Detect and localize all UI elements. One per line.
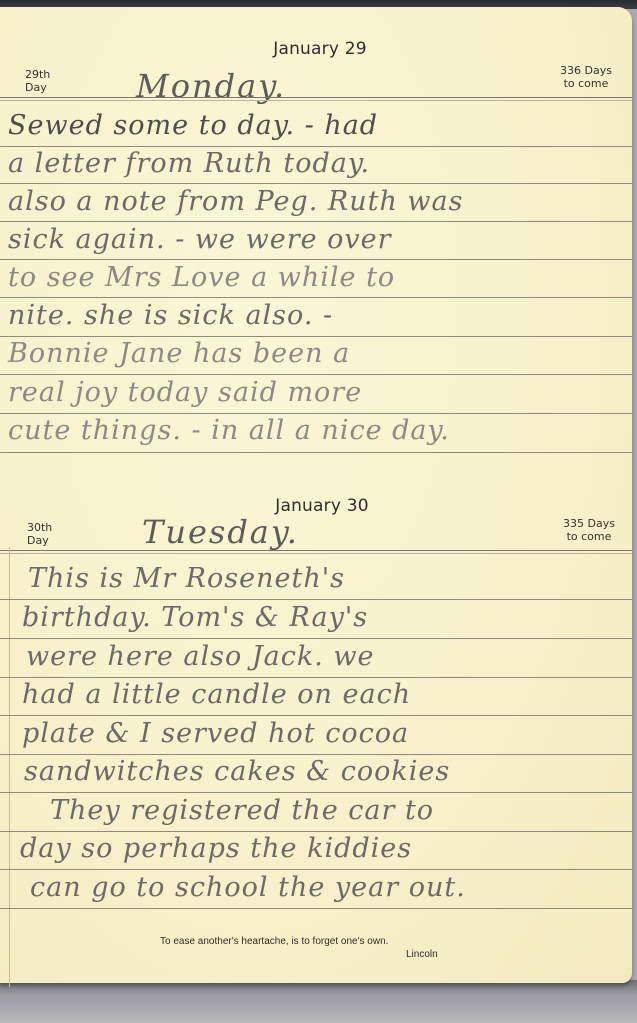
footer-quote-author: Lincoln — [406, 949, 438, 960]
entry-1-line-9: cute things. - in all a nice day. — [8, 415, 450, 446]
entry-1-days-remaining: 336 Days to come — [560, 64, 612, 90]
entry-2-days-remaining: 335 Days to come — [563, 517, 615, 543]
diary-page: January 29 29th Day 336 Days to come Mon… — [0, 7, 632, 983]
entry-1-line-4: sick again. - we were over — [8, 224, 392, 255]
entry-1-line-3: also a note from Peg. Ruth was — [8, 186, 464, 217]
entry-1-line-2: a letter from Ruth today. — [8, 148, 370, 179]
days-remaining-number: 336 Days — [560, 64, 612, 77]
entry-1-line-5: to see Mrs Love a while to — [8, 262, 395, 293]
ruled-line — [0, 221, 632, 222]
entry-1-date: January 29 — [220, 39, 420, 59]
days-remaining-suffix: to come — [560, 77, 612, 90]
ruled-line — [0, 146, 632, 147]
entry-2-line-6: sandwitches cakes & cookies — [24, 756, 450, 787]
entry-1-line-7: Bonnie Jane has been a — [8, 338, 350, 369]
days-remaining-suffix: to come — [563, 530, 615, 543]
page-margin-line — [9, 547, 10, 987]
entry-2-line-2: birthday. Tom's & Ray's — [22, 602, 368, 633]
ruled-line — [0, 831, 632, 832]
day-of-year-number: 30th — [27, 521, 52, 534]
entry-1-line-6: nite. she is sick also. - — [8, 300, 333, 331]
footer-quote: To ease another's heartache, is to forge… — [160, 936, 388, 947]
ruled-line — [0, 869, 632, 870]
ruled-line — [0, 638, 632, 639]
day-of-year-suffix: Day — [25, 81, 50, 94]
entry-2-day-of-year: 30th Day — [27, 521, 52, 547]
entry-2-header-rule-2 — [0, 553, 632, 554]
day-of-year-number: 29th — [25, 68, 50, 81]
entry-2-line-5: plate & I served hot cocoa — [22, 718, 409, 749]
entry-2-line-8: day so perhaps the kiddies — [20, 833, 412, 864]
ruled-line — [0, 259, 632, 260]
entry-1-day-of-year: 29th Day — [25, 68, 50, 94]
ruled-line — [0, 413, 632, 414]
ruled-line — [0, 297, 632, 298]
entry-1-header-rule-2 — [0, 100, 632, 101]
ruled-line — [0, 599, 632, 600]
entry-1-header-rule — [0, 97, 632, 98]
entry-2-line-7: They registered the car to — [50, 795, 434, 826]
entry-1-line-8: real joy today said more — [8, 377, 362, 408]
ruled-line — [0, 754, 632, 755]
entry-2-line-1: This is Mr Roseneth's — [28, 563, 345, 594]
ruled-line — [0, 715, 632, 716]
entry-1-line-1: Sewed some to day. - had — [8, 110, 378, 141]
ruled-line — [0, 374, 632, 375]
entry-2-weekday: Tuesday. — [142, 513, 299, 551]
entry-2-line-3: were here also Jack. we — [26, 641, 374, 672]
entry-2-line-4: had a little candle on each — [22, 679, 411, 710]
entry-2-line-9: can go to school the year out. — [30, 872, 466, 903]
ruled-line — [0, 908, 632, 909]
days-remaining-number: 335 Days — [563, 517, 615, 530]
day-of-year-suffix: Day — [27, 534, 52, 547]
entry-2-header-rule — [0, 550, 632, 551]
ruled-line — [0, 183, 632, 184]
ruled-line — [0, 792, 632, 793]
ruled-line — [0, 336, 632, 337]
ruled-line — [0, 677, 632, 678]
scanner-bottom-edge — [0, 980, 637, 1023]
ruled-line — [0, 452, 632, 453]
